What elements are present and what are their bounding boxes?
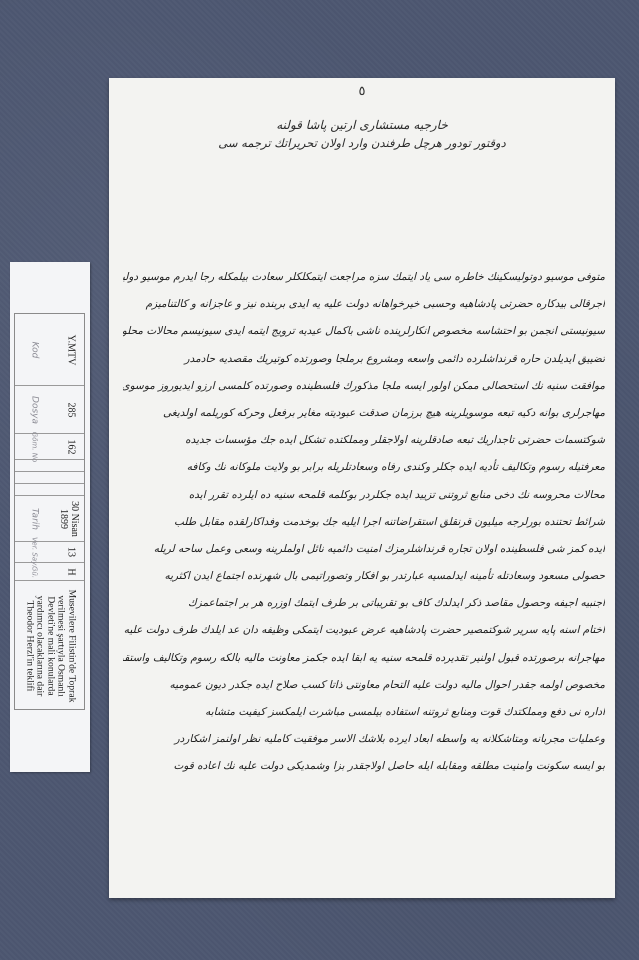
hicri-no-value: 13 xyxy=(66,547,77,557)
body-line: سیونیستی انجمن بو احتشاسه مخصوص انكارلری… xyxy=(123,318,605,345)
handwritten-body: متوفی موسیو دوتولیسکینك خاطره سی یاد ایت… xyxy=(123,264,605,781)
tarih-year: 1899 xyxy=(58,509,69,529)
body-line: متوفی موسیو دوتولیسکینك خاطره سی یاد ایت… xyxy=(123,264,605,291)
fond-code-value: Y.MTV xyxy=(66,334,77,365)
dosya-no-value: 285 xyxy=(66,402,77,417)
body-line: وعملیات مجربانه ومتاشكلانه یه واسطه ابعا… xyxy=(123,726,605,753)
body-line: معرفتیله رسوم وتكالیف تأدیه ایده جكلر وك… xyxy=(123,454,605,481)
ozet-line: Musevilere Filistin'de Toprak xyxy=(66,590,77,703)
body-line: تضییق ایدیلدن حاره قرنداشلرده دائمی واسع… xyxy=(123,346,605,373)
body-line: محالات محروسه نك دخی منابع ثروتنی تزیید … xyxy=(123,482,605,509)
ozet-line: Theodor Herzl'in teklifi xyxy=(24,601,35,692)
cell-ozet: Musevilere Filistin'de Toprak verilmesi … xyxy=(15,581,84,711)
fond-code-pencil-label: Kod xyxy=(29,341,40,358)
cell-tarih: 30 Nisan 1899 Tarih xyxy=(15,496,84,542)
cell-blank xyxy=(15,472,84,484)
gomlek-no-pencil-label: Göm. No xyxy=(29,431,40,462)
cell-blank xyxy=(15,460,84,472)
dosya-no-pencil-label: Dosya xyxy=(29,396,40,424)
gomlek-no-value: 162 xyxy=(66,439,77,454)
tarih-day-month: 30 Nisan xyxy=(69,501,80,537)
body-line: اجرقالی بیدكاره حضرتی پادشاهیه وحسبی خیر… xyxy=(123,291,605,318)
body-line: شوكتسمات حضرتی تاجداریك تبعه صادقلرینه ا… xyxy=(123,427,605,454)
cell-takvim: H Gü. xyxy=(15,563,84,581)
cell-blank xyxy=(15,484,84,496)
body-line: شرائط تحتنده بورلرجه میلیون قرنقلق استقر… xyxy=(123,509,605,536)
body-line: اجنبیه اجیفه وحصول مقاصد ذكر ایدلدك كاف … xyxy=(123,590,605,617)
cell-fond-code: Y.MTV Kod xyxy=(15,314,84,386)
body-line: بو ایسه سكونت وامنیت مطلقه ومقابله ایله … xyxy=(123,753,605,780)
body-line: اداره نی دفع ومملكتدك قوت ومنابع ثروتنه … xyxy=(123,699,605,726)
archive-catalog-slip: Y.MTV Kod 285 Dosya 162 Göm. No 30 Nisan… xyxy=(10,262,90,772)
body-line: مهاجرلری بوانه دكیه تبعه موسویلرینه هیچ … xyxy=(123,400,605,427)
body-line: حصولی مسعود وسعادتله تأمینه ایدلمسیه عبا… xyxy=(123,563,605,590)
body-line: مهاجرانه برصورتده قبول اولنیر تقدیرده قل… xyxy=(123,645,605,672)
takvim-pencil-label: Gü. xyxy=(29,565,40,577)
document-page: ٥ خارجیه مستشاری ارتین پاشا قولنه دوقتور… xyxy=(109,78,615,898)
cell-gomlek-no: 162 Göm. No xyxy=(15,434,84,460)
ozet-line: verilmesi şartıyla Osmanlı xyxy=(55,595,66,696)
catalog-table: Y.MTV Kod 285 Dosya 162 Göm. No 30 Nisan… xyxy=(14,313,85,710)
page-number: ٥ xyxy=(109,84,615,99)
body-line: مخصوص اولمه جقدر احوال مالیه دولت علیه ا… xyxy=(123,672,605,699)
cell-dosya-no: 285 Dosya xyxy=(15,386,84,434)
takvim-value: H xyxy=(66,568,77,575)
body-line: اختام اسنه پایه سریر شوكتمصیر حضرت پادشا… xyxy=(123,617,605,644)
ozet-line: Devleti'ne mali konularda xyxy=(45,596,56,695)
document-heading-line-1: خارجیه مستشاری ارتین پاشا قولنه xyxy=(109,118,615,132)
ozet-text: Musevilere Filistin'de Toprak verilmesi … xyxy=(23,590,76,703)
body-line: ایده كمز شی فلسطینده اولان تجاره قرنداشل… xyxy=(123,536,605,563)
cell-hicri-no: 13 Ver. Say. xyxy=(15,542,84,563)
tarih-value: 30 Nisan 1899 xyxy=(58,501,80,537)
tarih-pencil-label: Tarih xyxy=(29,508,40,530)
document-heading-line-2: دوقتور تودور هرچل طرفندن وارد اولان تحری… xyxy=(109,136,615,150)
body-line: موافقت سنیه نك استحصالی ممكن اولور ایسه … xyxy=(123,373,605,400)
ozet-line: yardımcı olacaklarına dair xyxy=(34,596,45,697)
